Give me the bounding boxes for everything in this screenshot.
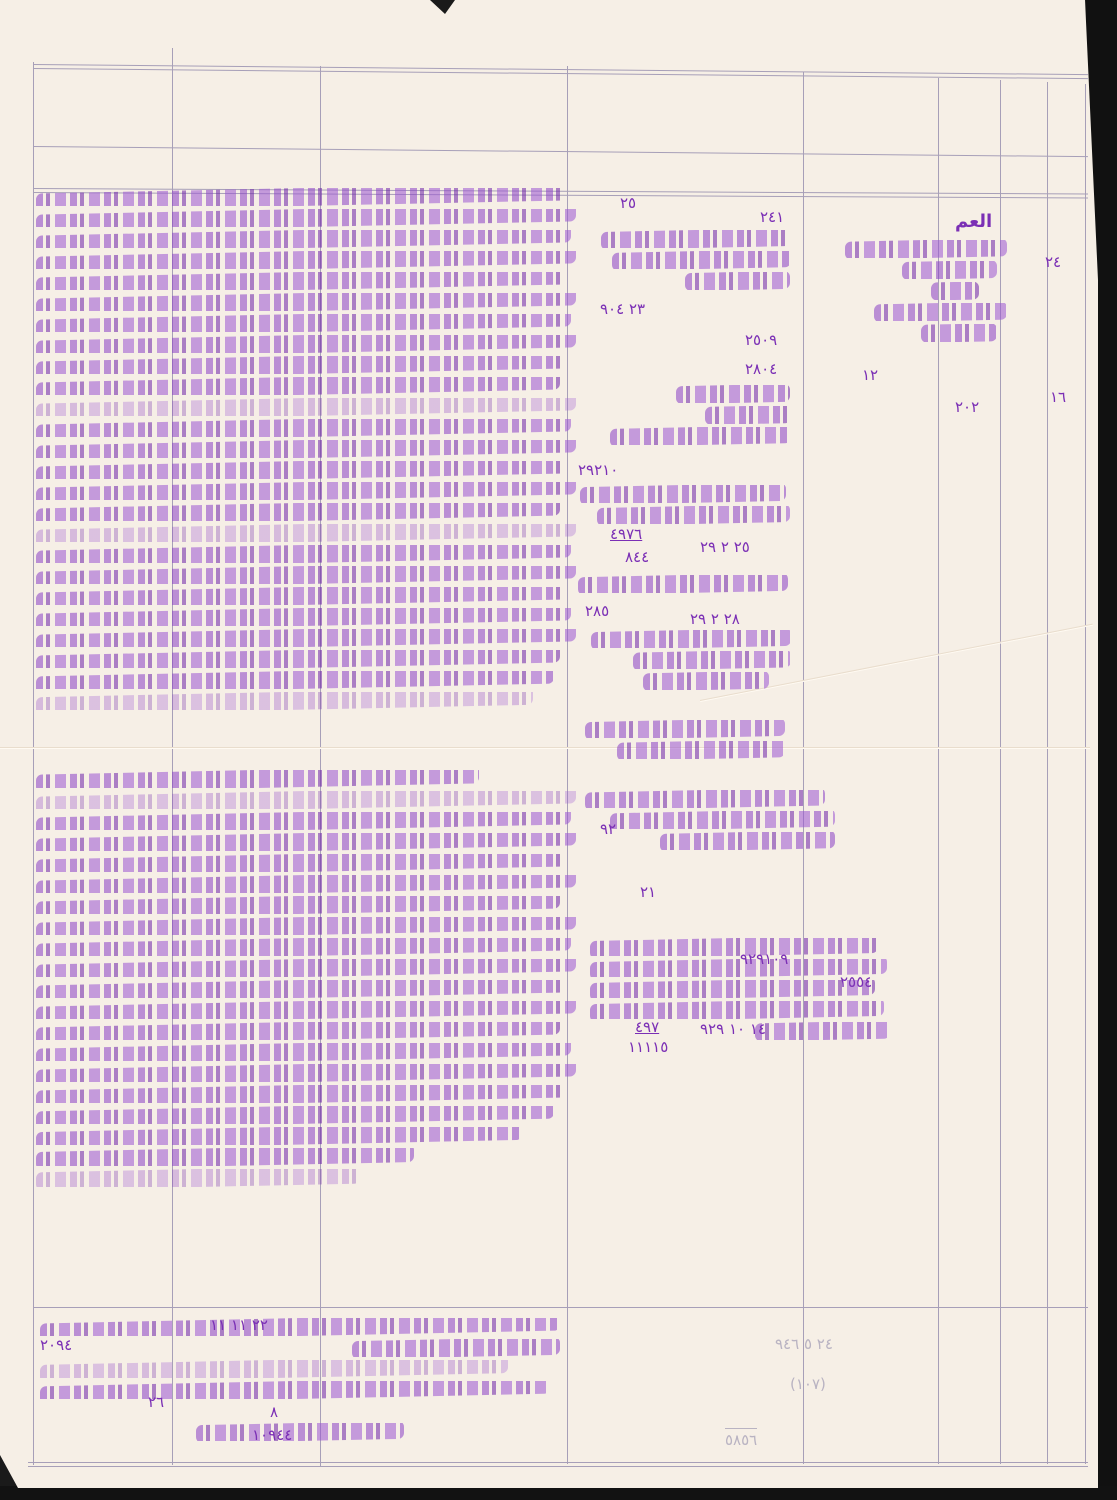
side-notes-lower xyxy=(585,720,795,762)
pencil-note-3: ٥٨٥٦ xyxy=(725,1428,757,1449)
right-column-heading: العم xyxy=(955,213,992,231)
right-column-notes xyxy=(845,240,1035,345)
side-note-13: ٢١ xyxy=(640,885,656,900)
column-rule-9 xyxy=(1085,84,1086,1464)
right-note-4: ١٦ xyxy=(1050,390,1066,405)
footer-ink-notes xyxy=(40,1318,560,1444)
side-note-16: ١٤ ١٠ ٩٢٩ xyxy=(700,1022,766,1037)
side-note-2: ٢٤١ xyxy=(760,210,784,225)
side-note-9: ٢٥ ٢ ٢٩ xyxy=(700,540,750,555)
side-notes-middle xyxy=(580,485,790,527)
side-notes-middle-3 xyxy=(580,630,790,693)
column-rule-8 xyxy=(1047,82,1048,1464)
side-note-11: ٢٨ ٢ ٢٩ xyxy=(690,612,740,627)
scan-background-bottom xyxy=(0,1486,1117,1500)
footer-bottom-rule xyxy=(28,1462,1088,1467)
right-note-3: ١٢ xyxy=(862,368,878,383)
side-note-4: ٢٥٠٩ xyxy=(745,333,777,348)
side-note-6: ٢٩٢١٠ xyxy=(578,463,618,478)
side-note-7: ٤٩٧٦ xyxy=(610,527,642,542)
side-note-5: ٢٨٠٤ xyxy=(745,362,777,377)
main-text-block-top xyxy=(36,188,576,713)
side-note-12: ٩٢ xyxy=(600,822,616,837)
side-note-3: ٢٣ ٩٠٤ xyxy=(600,302,645,317)
right-note-2: ٢٠٢ xyxy=(955,400,979,415)
horizontal-fold-crease xyxy=(0,747,1090,748)
pencil-note-2: (١٠٧) xyxy=(790,1375,826,1393)
side-notes-top-2 xyxy=(600,385,790,448)
footer-date: ٢٢ ١١ ١١ xyxy=(210,1318,268,1333)
column-rule-1 xyxy=(33,62,34,1465)
footer-number-3: ٨ xyxy=(270,1405,278,1420)
side-notes-top xyxy=(580,230,790,293)
side-note-14: ٩٢٩١٠٩ xyxy=(740,952,788,967)
footer-number-1: ٢٠٩٤ xyxy=(40,1338,72,1353)
right-note-1: ٢٤ xyxy=(1045,255,1061,270)
side-notes-middle-2 xyxy=(578,575,788,596)
footer-number-2: ٢٦ xyxy=(148,1395,164,1410)
side-notes-lower-2 xyxy=(585,790,835,853)
header-top-rule xyxy=(33,64,1088,79)
footer-number-4: ١٠٩٤٤ xyxy=(252,1428,292,1443)
pencil-note-1: ٢٤ ٥ ٩٤٦ xyxy=(775,1335,833,1353)
main-text-block-bottom xyxy=(36,770,576,1190)
side-note-1: ٢٥ xyxy=(620,196,636,211)
side-note-17: ٤٩٧ xyxy=(635,1020,659,1035)
side-note-8: ٨٤٤ xyxy=(625,550,649,565)
header-bottom-rule xyxy=(33,146,1088,157)
ledger-page: ٢٥ ٢٤١ ٢٣ ٩٠٤ ٢٥٠٩ ٢٨٠٤ ٢٩٢١٠ ٤٩٧٦ ٨٤٤ ٢… xyxy=(0,0,1098,1488)
footer-top-rule xyxy=(33,1307,1088,1308)
side-note-18: ١١١١٥ xyxy=(628,1040,668,1055)
side-note-15: ٢٥٥٤ xyxy=(840,975,872,990)
column-rule-5 xyxy=(803,72,804,1464)
side-note-10: ٢٨٥ xyxy=(585,604,609,619)
